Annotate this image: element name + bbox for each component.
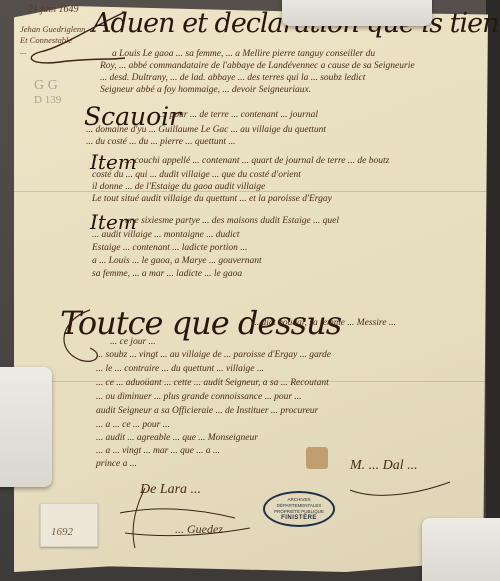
text-line: ... a ... vingt ... mar ... que ... a ..… [96, 446, 220, 456]
text-line: prince a ... [96, 459, 137, 469]
text-line: il donne ... de l'Estaige du gaoa audit … [92, 182, 265, 192]
wax-seal-mark [306, 447, 328, 469]
text-line: une sixiesme partye ... des maisons dudi… [125, 216, 339, 226]
archive-tag: 1692 [40, 503, 98, 547]
text-line: ... ce ... aduoüant ... cette ... audit … [96, 378, 329, 388]
cloth-weight-bottom-right [422, 518, 500, 581]
faded-text [100, 283, 102, 293]
text-line: ... desd. Dultrany, ... de lad. abbaye .… [100, 73, 365, 83]
text-line: audit Seigneur a sa Officieraie ... de I… [96, 406, 318, 416]
cloth-weight-top [282, 0, 432, 26]
text-line: Le tout situé audit villaige du quettunt… [92, 194, 332, 204]
text-line: ... du costé ... du ... pierre ... quett… [86, 137, 236, 147]
text-line: ... audit villaige ... montaigne ... dud… [92, 230, 240, 240]
text-line: ... a ... ce ... pour ... [96, 420, 170, 430]
text-line: a Louis Le gaoa ... sa femme, ... a Mell… [112, 49, 375, 59]
archive-stamp: ARCHIVES DÉPARTEMENTALES PROPRIÉTÉ PUBLI… [263, 491, 335, 527]
text-line: Seigneur abbé a foy hommaige, ... devoir… [100, 85, 311, 95]
pencil-mark: D 139 [34, 94, 61, 106]
pencil-mark: G G [34, 78, 58, 94]
text-line: costé du ... qui ... dudit villaige ... … [92, 170, 301, 180]
text-line: ... le ... contraire ... du quettunt ...… [96, 364, 264, 374]
text-line: ... soubz ... vingt ... au villaige de .… [96, 350, 331, 360]
tag-label: 1692 [51, 526, 73, 538]
text-line: ... pour ... de terre ... contenant ... … [160, 110, 318, 120]
text-line: ... ce jour ... [110, 337, 156, 347]
cloth-weight-left [0, 367, 52, 487]
text-line: a ... Louis ... le gaoa, a Marye ... gou… [92, 256, 262, 266]
stamp-line: ARCHIVES DÉPARTEMENTALES [265, 497, 333, 509]
signature-flourish [345, 470, 455, 500]
text-line: Estaige ... contenant ... ladicte portio… [92, 243, 247, 253]
text-line: ... ou diminuer ... plus grande connoiss… [96, 392, 302, 402]
text-line: ... couchi appellé ... contenant ... qua… [125, 156, 389, 166]
stamp-line: FINISTÈRE [281, 515, 317, 521]
text-line: ... audit ... agreable ... que ... Monse… [96, 433, 258, 443]
text-line: sa femme, ... a mar ... ladicte ... le g… [92, 269, 242, 279]
text-line: ... dict boudar, sa femme ... Messire ..… [252, 318, 396, 328]
flourish-stroke [50, 300, 110, 370]
text-line: ... domaine d'yu ... Guillaume Le Gac ..… [86, 125, 326, 135]
signature-flourish [115, 478, 255, 558]
text-line: Roy, ... abbé commandataire de l'abbaye … [100, 61, 415, 71]
dark-edge [486, 0, 500, 581]
